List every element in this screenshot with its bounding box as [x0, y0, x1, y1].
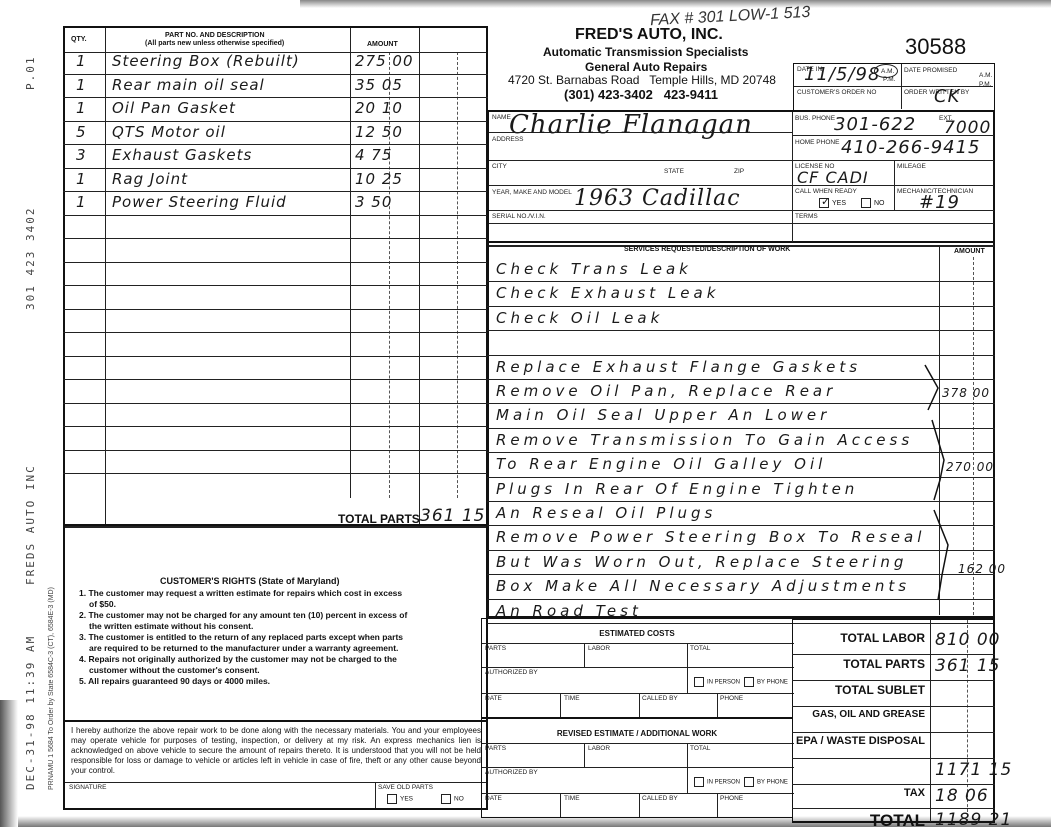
customer-order-label: CUSTOMER'S ORDER NO: [797, 89, 877, 96]
revised-estimate-total-label: TOTAL: [690, 745, 710, 752]
part-qty[interactable]: 1: [76, 99, 87, 117]
signature-label: SIGNATURE: [69, 784, 106, 791]
revised-estimate-parts-label: PARTS: [485, 745, 506, 752]
services-amount-header: AMOUNT: [954, 248, 985, 255]
part-amount[interactable]: 275 00: [355, 52, 414, 70]
vin-label: SERIAL NO./V.I.N.: [492, 213, 546, 220]
part-description[interactable]: Steering Box (Rebuilt): [112, 52, 300, 70]
call-no-checkbox[interactable]: [861, 198, 871, 208]
call-no-label: NO: [874, 200, 885, 207]
revised-estimate-by-phone-label: BY PHONE: [757, 780, 788, 786]
customer-name[interactable]: Charlie Flanagan: [509, 110, 753, 140]
estimated-costs-total-label: TOTAL: [690, 645, 710, 652]
authorization-text: I hereby authorize the above repair work…: [71, 726, 481, 776]
revised-estimate-labor-label: LABOR: [588, 745, 610, 752]
services-header: SERVICES REQUESTED/DESCRIPTION OF WORK: [624, 246, 790, 253]
tax-value[interactable]: 18 06: [935, 786, 989, 806]
total-parts-value: 361 15: [420, 506, 485, 526]
company-name: FRED'S AUTO, INC.: [575, 26, 723, 44]
revised-estimate-date-label: DATE: [485, 795, 502, 802]
total-parts-label: TOTAL PARTS: [338, 512, 420, 526]
revised-estimate-time-label: TIME: [564, 795, 580, 802]
revised-estimate-authorized-label: AUTHORIZED BY: [485, 769, 538, 776]
name-label: NAME: [492, 114, 511, 121]
estimated-costs-by-phone-checkbox[interactable]: [744, 677, 754, 687]
company-tagline-2: General Auto Repairs: [585, 60, 707, 74]
service-line[interactable]: Check Trans Leak: [496, 260, 692, 278]
part-description[interactable]: Rear main oil seal: [112, 76, 265, 94]
authorization-block: I hereby authorize the above repair work…: [63, 720, 488, 810]
qty-header: QTY.: [71, 36, 87, 43]
customer-info: NAME Charlie Flanagan ADDRESS CITY STATE…: [487, 110, 995, 243]
save-parts-no-label: NO: [454, 796, 464, 803]
sublet-label: TOTAL SUBLET: [795, 684, 925, 696]
call-ready-label: CALL WHEN READY: [795, 188, 857, 195]
estimated-costs-in-person-label: IN PERSON: [707, 680, 740, 686]
form-order-info: PRNAMU 1 5684 To Order by State 6584C-3 …: [48, 587, 55, 790]
part-qty[interactable]: 1: [76, 76, 87, 94]
call-yes-label: YES: [832, 200, 846, 207]
save-parts-yes-checkbox[interactable]: [387, 794, 397, 804]
company-tagline-1: Automatic Transmission Specialists: [543, 45, 748, 59]
subtotal-value[interactable]: 1171 15: [935, 760, 1012, 780]
fax-sender: FREDS AUTO INC: [24, 464, 37, 585]
invoice-number: 30588: [905, 34, 966, 60]
save-parts-yes-label: YES: [400, 796, 413, 803]
epa-label: EPA / WASTE DISPOSAL: [795, 736, 925, 747]
save-parts-no-checkbox[interactable]: [441, 794, 451, 804]
bracket-marks: [920, 360, 960, 610]
part-amount[interactable]: 4 75: [355, 146, 392, 164]
part-amount[interactable]: 3 50: [355, 193, 392, 211]
mechanic-value[interactable]: #19: [919, 192, 960, 213]
date-promised-label: DATE PROMISED: [904, 67, 957, 74]
part-description[interactable]: Exhaust Gaskets: [112, 146, 252, 164]
service-amount-3: 162 00: [958, 562, 1006, 576]
labor-label: TOTAL LABOR: [795, 632, 925, 644]
signature-field[interactable]: [69, 792, 369, 806]
estimated-costs-date-label: DATE: [485, 695, 502, 702]
zip-label: ZIP: [734, 168, 744, 175]
revised-estimate-in-person-checkbox[interactable]: [694, 777, 704, 787]
home-phone-value[interactable]: 410-266-9415: [841, 137, 981, 158]
desc-header: PART NO. AND DESCRIPTION: [165, 32, 265, 39]
scan-shadow-left: [0, 700, 18, 827]
part-qty[interactable]: 1: [76, 193, 87, 211]
part-amount[interactable]: 12 50: [355, 123, 403, 141]
date-box: DATE IN 11/5/98 A.M. P.M. DATE PROMISED …: [793, 63, 995, 111]
rights-item: 2. The customer may not be charged for a…: [79, 610, 409, 632]
call-yes-checkbox[interactable]: ✓: [819, 198, 829, 208]
estimated-costs-phone-label: PHONE: [720, 695, 743, 702]
rights-list: 1. The customer may request a written es…: [79, 588, 409, 687]
estimated-costs-in-person-checkbox[interactable]: [694, 677, 704, 687]
company-address: 4720 St. Barnabas Road Temple Hills, MD …: [508, 73, 776, 87]
labor-value[interactable]: 810 00: [935, 630, 1000, 650]
part-amount[interactable]: 20 10: [355, 99, 403, 117]
gas-label: GAS, OIL AND GREASE: [795, 710, 925, 720]
service-line[interactable]: To Rear Engine Oil Galley Oil: [496, 455, 826, 473]
revised-estimate-by-phone-checkbox[interactable]: [744, 777, 754, 787]
address-label: ADDRESS: [492, 136, 523, 143]
ext-value[interactable]: 7000: [944, 118, 991, 138]
parts-label: TOTAL PARTS: [795, 658, 925, 670]
service-line[interactable]: Box Make All Necessary Adjustments: [496, 577, 910, 595]
part-qty[interactable]: 1: [76, 52, 87, 70]
service-line[interactable]: Replace Exhaust Flange Gaskets: [496, 358, 861, 376]
vehicle-label: YEAR, MAKE AND MODEL: [492, 189, 572, 196]
rights-title: CUSTOMER'S RIGHTS (State of Maryland): [160, 576, 340, 586]
license-value[interactable]: CF CADI: [797, 168, 869, 187]
amount-header: AMOUNT: [367, 41, 398, 48]
desc-subheader: (All parts new unless otherwise specifie…: [145, 40, 284, 47]
service-line[interactable]: Plugs In Rear Of Engine Tighten: [496, 480, 858, 498]
am-circle: [874, 64, 898, 78]
estimated-costs: ESTIMATED COSTS PARTS LABOR TOTAL AUTHOR…: [481, 618, 793, 718]
service-line[interactable]: Remove Oil Pan, Replace Rear: [496, 382, 836, 400]
estimated-costs-labor-label: LABOR: [588, 645, 610, 652]
save-parts-label: SAVE OLD PARTS: [378, 784, 433, 791]
state-label: STATE: [664, 168, 684, 175]
rights-item: 5. All repairs guaranteed 90 days or 400…: [79, 676, 409, 687]
tax-label: TAX: [795, 788, 925, 799]
part-qty[interactable]: 3: [76, 146, 87, 164]
service-line[interactable]: Remove Transmission To Gain Access: [496, 431, 913, 449]
revised-estimate-phone-label: PHONE: [720, 795, 743, 802]
service-line[interactable]: Check Oil Leak: [496, 309, 663, 327]
part-amount[interactable]: 10 25: [355, 170, 403, 188]
service-line[interactable]: Main Oil Seal Upper An Lower: [496, 406, 830, 424]
bus-phone-value[interactable]: 301-622: [834, 114, 916, 135]
bus-phone-label: BUS. PHONE: [795, 115, 835, 122]
customer-rights: CUSTOMER'S RIGHTS (State of Maryland) 1.…: [63, 526, 488, 722]
part-description[interactable]: Power Steering Fluid: [112, 193, 287, 211]
part-description[interactable]: QTS Motor oil: [112, 123, 226, 141]
home-phone-label: HOME PHONE: [795, 139, 839, 146]
fax-phone: 301 423 3402: [24, 207, 37, 310]
estimated-costs-by-phone-label: BY PHONE: [757, 680, 788, 686]
company-phones: (301) 423-3402 423-9411: [564, 87, 718, 102]
estimated-costs-parts-label: PARTS: [485, 645, 506, 652]
revised-estimate-in-person-label: IN PERSON: [707, 780, 740, 786]
estimated-costs-header: ESTIMATED COSTS: [482, 629, 792, 638]
part-qty[interactable]: 1: [76, 170, 87, 188]
service-line[interactable]: An Reseal Oil Plugs: [496, 504, 716, 522]
mileage-label: MILEAGE: [897, 163, 926, 170]
service-line[interactable]: Remove Power Steering Box To Reseal: [496, 528, 925, 546]
parts-value[interactable]: 361 15: [935, 656, 1000, 676]
part-amount[interactable]: 35 05: [355, 76, 403, 94]
estimated-costs-time-label: TIME: [564, 695, 580, 702]
part-qty[interactable]: 5: [76, 123, 87, 141]
revised-estimate-header: REVISED ESTIMATE / ADDITIONAL WORK: [482, 729, 792, 738]
estimated-costs-called-by-label: CALLED BY: [642, 695, 678, 702]
order-written-value[interactable]: CK: [934, 86, 960, 107]
city-label: CITY: [492, 163, 507, 170]
part-description[interactable]: Oil Pan Gasket: [112, 99, 236, 117]
part-description[interactable]: Rag Joint: [112, 170, 188, 188]
vehicle-value[interactable]: 1963 Cadillac: [574, 186, 741, 211]
service-line[interactable]: Check Exhaust Leak: [496, 284, 719, 302]
date-in-value[interactable]: 11/5/98: [804, 64, 880, 85]
estimated-costs-authorized-label: AUTHORIZED BY: [485, 669, 538, 676]
terms-label: TERMS: [795, 213, 818, 220]
service-line[interactable]: An Road Test: [496, 602, 642, 620]
total-value[interactable]: 1189 21: [935, 810, 1012, 827]
fax-timestamp: DEC-31-98 11:39 AM: [24, 635, 37, 790]
fax-page-number: P.01: [24, 56, 37, 91]
total-label: TOTAL: [795, 812, 925, 827]
rights-item: 1. The customer may request a written es…: [79, 588, 409, 610]
revised-estimate: REVISED ESTIMATE / ADDITIONAL WORK PARTS…: [481, 718, 793, 818]
service-line[interactable]: But Was Worn Out, Replace Steering: [496, 553, 907, 571]
revised-estimate-called-by-label: CALLED BY: [642, 795, 678, 802]
scan-shadow-top: [300, 0, 1051, 8]
rights-item: 4. Repairs not originally authorized by …: [79, 654, 409, 676]
promised-am-label: A.M.: [979, 72, 992, 79]
promised-pm-label: P.M.: [979, 81, 992, 88]
rights-item: 3. The customer is entitled to the retur…: [79, 632, 409, 654]
